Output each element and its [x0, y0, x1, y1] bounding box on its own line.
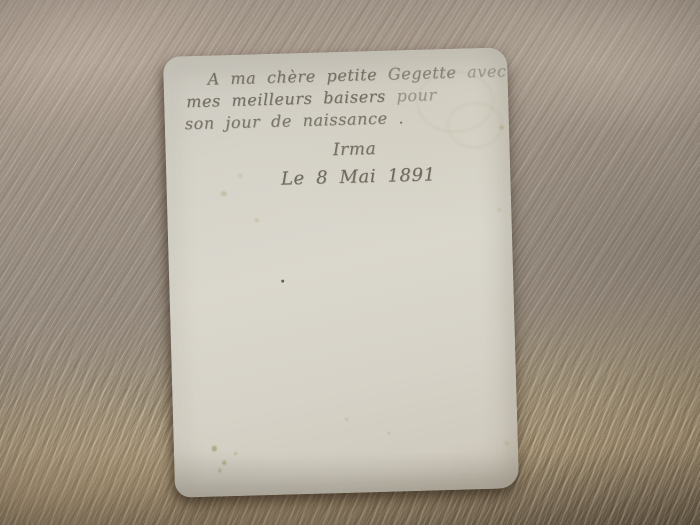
foxing-spot	[218, 468, 221, 472]
inscription-segment: Irma	[333, 139, 377, 160]
inscription-segment: Gegette	[388, 63, 457, 84]
handwritten-inscription: A ma chère petite Gegette avecmes meille…	[163, 47, 511, 194]
dark-speck	[281, 280, 284, 283]
inscription-segment: son jour de naissance .	[185, 108, 405, 133]
inscription-segment: A ma chère petite	[207, 65, 388, 89]
inscription-line: Irma	[182, 134, 526, 166]
inscription-segment: avec	[456, 61, 507, 81]
foxing-spot	[505, 441, 509, 445]
foxing-spot	[222, 460, 226, 465]
foxing-spot	[234, 452, 237, 455]
photo-scene: A ma chère petite Gegette avecmes meille…	[0, 0, 700, 525]
photo-card-back: A ma chère petite Gegette avecmes meille…	[163, 47, 519, 497]
foxing-spot	[212, 446, 217, 452]
foxing-spot	[345, 418, 348, 421]
foxing-spot	[254, 218, 259, 222]
inscription-segment: Le 8 Mai 1891	[281, 164, 436, 189]
foxing-spot	[497, 208, 501, 212]
foxing-spot	[387, 432, 390, 435]
inscription-segment: pour	[396, 85, 437, 105]
inscription-line: Le 8 Mai 1891	[186, 162, 530, 194]
